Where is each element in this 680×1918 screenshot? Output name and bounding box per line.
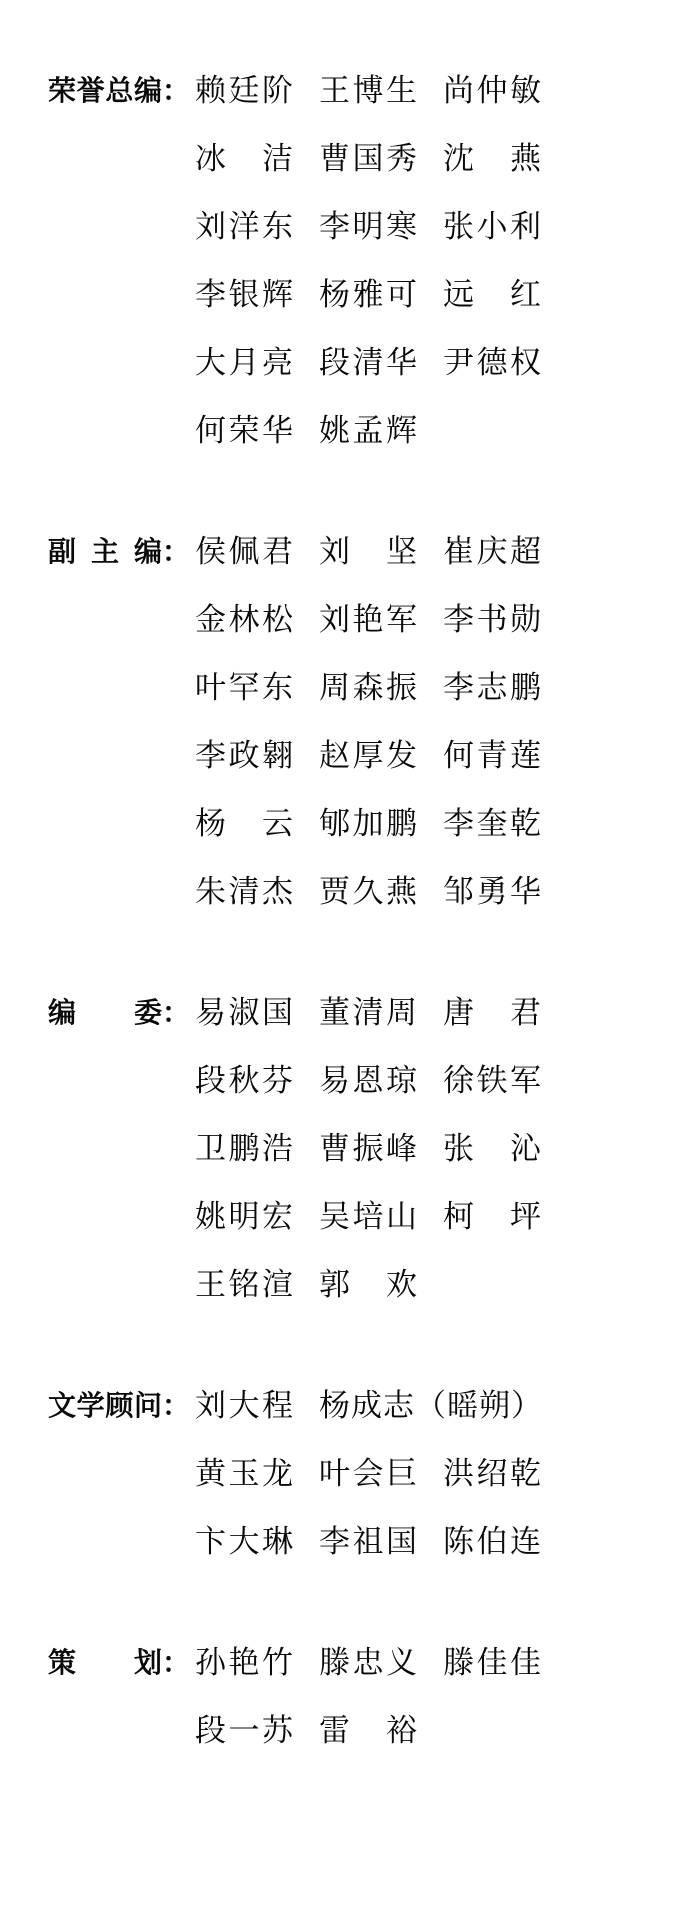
name-char: 李 (195, 278, 226, 313)
section-label-colon: ： (162, 1389, 190, 1423)
credits-section: 编委： 易淑国董清周唐君 段秋芬易恩琼徐铁军 卫鹏浩曹振峰张沁 姚明宏吴培山柯坪… (48, 996, 680, 1304)
name-char: 翱 (262, 739, 293, 774)
name-char: 阶 (262, 74, 293, 109)
name-char: 军 (510, 1064, 541, 1099)
section-label: 策划 (48, 1646, 162, 1680)
name-char: 编 (134, 535, 162, 569)
person-name: 金林松 (195, 603, 293, 638)
person-name: 王铭渲 (195, 1268, 293, 1303)
name-char: 云 (262, 807, 293, 842)
name-char: 王 (319, 74, 350, 109)
name-char: 敏 (510, 74, 541, 109)
person-name: 李奎乾 (443, 807, 541, 842)
name-char: 刘 (195, 1389, 226, 1424)
name-char: 君 (510, 996, 541, 1031)
name-char: 冰 (195, 142, 226, 177)
person-name: 曹振峰 (319, 1132, 417, 1167)
name-char: 杰 (262, 875, 293, 910)
person-name: 李政翱 (195, 739, 293, 774)
name-char: 主 (91, 535, 119, 569)
name-char: 峰 (386, 1132, 417, 1167)
name-char: 培 (353, 1200, 384, 1235)
name-char: 姚 (195, 1200, 226, 1235)
credits-section: 策划： 孙艳竹滕忠义滕佳佳 段一苏雷裕 (48, 1646, 680, 1750)
name-char: 森 (353, 671, 384, 706)
name-char: 何 (443, 739, 474, 774)
name-char: 侯 (195, 535, 226, 570)
name-char: 罕 (229, 671, 260, 706)
name-char: 鹏 (386, 807, 417, 842)
name-char: 刘 (195, 210, 226, 245)
name-char: 连 (510, 1525, 541, 1560)
name-char: 委 (134, 996, 162, 1030)
name-char: 山 (386, 1200, 417, 1235)
name-char: 易 (195, 996, 226, 1031)
person-name: 董清周 (319, 996, 417, 1031)
name-char: 誉 (77, 74, 105, 108)
person-name: 何青莲 (443, 739, 541, 774)
name-char: 廷 (229, 74, 260, 109)
credits-page: 荣誉总编： 赖廷阶王博生尚仲敏 冰洁曹国秀沈燕 刘洋东李明寒张小利 李银辉杨雅可… (0, 0, 680, 1918)
name-char: 一 (229, 1714, 260, 1749)
person-name: 赵厚发 (319, 739, 417, 774)
name-char: 月 (229, 346, 260, 381)
name-row: 冰洁曹国秀沈燕 (48, 142, 680, 178)
name-char: 荣 (48, 74, 76, 108)
name-char: 国 (353, 142, 384, 177)
name-char: 李 (443, 807, 474, 842)
person-name: 曹国秀 (319, 142, 417, 177)
name-row: 朱清杰贾久燕邹勇华 (48, 875, 680, 911)
name-char: 文 (48, 1389, 76, 1423)
name-char: 雷 (319, 1714, 350, 1749)
name-char: 易 (319, 1064, 350, 1099)
name-char: 林 (229, 603, 260, 638)
name-char: 志 (477, 671, 508, 706)
name-char: 秀 (386, 142, 417, 177)
name-char: 芬 (262, 1064, 293, 1099)
name-char: 大 (229, 1525, 260, 1560)
person-name: 李明寒 (319, 210, 417, 245)
name-char: 张 (443, 210, 474, 245)
person-name: 李银辉 (195, 278, 293, 313)
name-char: 忠 (353, 1646, 384, 1681)
person-name: 吴培山 (319, 1200, 417, 1235)
name-char: 佳 (477, 1646, 508, 1681)
name-char: 曹 (319, 1132, 350, 1167)
name-char: 李 (443, 671, 474, 706)
person-name: 尹德权 (443, 346, 541, 381)
name-char: 佩 (229, 535, 260, 570)
name-char: 乾 (510, 1457, 541, 1492)
name-char: 洪 (443, 1457, 474, 1492)
name-char: 浩 (262, 1132, 293, 1167)
name-char: 叶 (195, 671, 226, 706)
section-label-slot: 编委： (48, 996, 195, 1030)
name-char: 华 (510, 875, 541, 910)
person-name: 洪绍乾 (443, 1457, 541, 1492)
name-char: 程 (262, 1389, 293, 1424)
name-row: 段秋芬易恩琼徐铁军 (48, 1064, 680, 1100)
name-char: 庆 (477, 535, 508, 570)
person-name: 周森振 (319, 671, 417, 706)
name-char: 可 (386, 278, 417, 313)
person-name: 易恩琼 (319, 1064, 417, 1099)
person-name: 郇加鹏 (319, 807, 417, 842)
person-name: 易淑国 (195, 996, 293, 1031)
person-name: 贾久燕 (319, 875, 417, 910)
name-row: 王铭渲郭欢 (48, 1268, 680, 1304)
name-char: 柯 (443, 1200, 474, 1235)
name-row: 叶罕东周森振李志鹏 (48, 671, 680, 707)
person-name: 李书勋 (443, 603, 541, 638)
name-char: 孙 (195, 1646, 226, 1681)
name-char: 何 (195, 414, 226, 449)
name-char: 洋 (229, 210, 260, 245)
section-label-slot: 策划： (48, 1646, 195, 1680)
name-char: 大 (229, 1389, 260, 1424)
name-char: 振 (386, 671, 417, 706)
name-char: 清 (353, 346, 384, 381)
name-char: 渲 (262, 1268, 293, 1303)
name-char: 辉 (262, 278, 293, 313)
name-char: 卞 (195, 1525, 226, 1560)
person-name: 张小利 (443, 210, 541, 245)
name-char: 辉 (386, 414, 417, 449)
person-name: 姚明宏 (195, 1200, 293, 1235)
name-char: 琳 (262, 1525, 293, 1560)
person-name: 远红 (443, 278, 541, 313)
name-row: 编委： 易淑国董清周唐君 (48, 996, 680, 1032)
name-char: 李 (319, 1525, 350, 1560)
name-row: 大月亮段清华尹德权 (48, 346, 680, 382)
name-char: 华 (262, 414, 293, 449)
section-label-slot: 荣誉总编： (48, 74, 195, 108)
name-char: 沈 (443, 142, 474, 177)
person-name: 李志鹏 (443, 671, 541, 706)
name-char: 博 (353, 74, 384, 109)
name-char: 划 (134, 1646, 162, 1680)
name-char: 书 (477, 603, 508, 638)
name-char: 伯 (477, 1525, 508, 1560)
name-char: 燕 (386, 875, 417, 910)
name-char: 竹 (262, 1646, 293, 1681)
name-char: 祖 (353, 1525, 384, 1560)
person-name: 刘洋东 (195, 210, 293, 245)
name-char: 尹 (443, 346, 474, 381)
name-char: 董 (319, 996, 350, 1031)
name-char: 加 (353, 807, 384, 842)
name-char: 会 (353, 1457, 384, 1492)
name-char: 卫 (195, 1132, 226, 1167)
name-char: 金 (195, 603, 226, 638)
person-name: 徐铁军 (443, 1064, 541, 1099)
person-name: 陈伯连 (443, 1525, 541, 1560)
name-char: 东 (262, 671, 293, 706)
name-char: 赖 (195, 74, 226, 109)
name-char: 铭 (229, 1268, 260, 1303)
name-char: 赵 (319, 739, 350, 774)
person-name: 朱清杰 (195, 875, 293, 910)
name-char: 鹏 (229, 1132, 260, 1167)
name-char: 艳 (229, 1646, 260, 1681)
name-char: 叶 (319, 1457, 350, 1492)
name-char: 鹏 (510, 671, 541, 706)
name-char: 郇 (319, 807, 350, 842)
person-name: 冰洁 (195, 142, 293, 177)
name-char: 红 (510, 278, 541, 313)
name-char: 刘 (319, 603, 350, 638)
name-char: 明 (353, 210, 384, 245)
name-row: 金林松刘艳军李书勋 (48, 603, 680, 639)
name-char: 周 (319, 671, 350, 706)
name-row: 刘洋东李明寒张小利 (48, 210, 680, 246)
name-char: 唐 (443, 996, 474, 1031)
name-char: 发 (386, 739, 417, 774)
name-char: 政 (229, 739, 260, 774)
name-char: 东 (262, 210, 293, 245)
person-name: 杨雅可 (319, 278, 417, 313)
person-name: 沈燕 (443, 142, 541, 177)
person-name: 段一苏 (195, 1714, 293, 1749)
name-row: 黄玉龙叶会巨洪绍乾 (48, 1457, 680, 1493)
name-char: 孟 (353, 414, 384, 449)
person-name: 崔庆超 (443, 535, 541, 570)
section-label: 荣誉总编 (48, 74, 162, 108)
section-label-slot: 副主编： (48, 535, 195, 569)
name-char: 银 (229, 278, 260, 313)
section-label: 副主编 (48, 535, 162, 569)
name-char: 厚 (353, 739, 384, 774)
name-char: 华 (386, 346, 417, 381)
name-char: 苏 (262, 1714, 293, 1749)
name-char: 亮 (262, 346, 293, 381)
name-char: 明 (229, 1200, 260, 1235)
name-char: 振 (353, 1132, 384, 1167)
name-char: 王 (195, 1268, 226, 1303)
name-char: 清 (229, 875, 260, 910)
name-char: 荣 (229, 414, 260, 449)
person-name: 卫鹏浩 (195, 1132, 293, 1167)
name-char: 坪 (510, 1200, 541, 1235)
name-char: 淑 (229, 996, 260, 1031)
name-char: 乾 (510, 807, 541, 842)
name-char: 段 (319, 346, 350, 381)
name-char: 雅 (353, 278, 384, 313)
person-name: 雷裕 (319, 1714, 417, 1749)
person-name: 杨成志（暚朔） (319, 1389, 543, 1424)
name-char: 权 (510, 346, 541, 381)
name-char: 仲 (477, 74, 508, 109)
name-char: 洁 (262, 142, 293, 177)
name-row: 卫鹏浩曹振峰张沁 (48, 1132, 680, 1168)
person-name: 杨云 (195, 807, 293, 842)
name-char: 勋 (510, 603, 541, 638)
name-char: 绍 (477, 1457, 508, 1492)
name-char: 杨 (319, 278, 350, 313)
person-name: 姚孟辉 (319, 414, 417, 449)
name-char: 勇 (477, 875, 508, 910)
person-name: 侯佩君 (195, 535, 293, 570)
name-char: 小 (477, 210, 508, 245)
name-char: 君 (262, 535, 293, 570)
person-name: 叶会巨 (319, 1457, 417, 1492)
person-name: 郭欢 (319, 1268, 417, 1303)
person-name: 叶罕东 (195, 671, 293, 706)
name-char: 李 (443, 603, 474, 638)
name-char: 国 (262, 996, 293, 1031)
person-name: 段清华 (319, 346, 417, 381)
name-char: 李 (319, 210, 350, 245)
name-char: 杨 (195, 807, 226, 842)
person-name: 刘坚 (319, 535, 417, 570)
credits-section: 文学顾问： 刘大程杨成志（暚朔） 黄玉龙叶会巨洪绍乾 卞大琳李祖国陈伯连 (48, 1389, 680, 1561)
name-char: 曹 (319, 142, 350, 177)
person-name: 刘大程 (195, 1389, 293, 1424)
person-name: 刘艳军 (319, 603, 417, 638)
name-row: 策划： 孙艳竹滕忠义滕佳佳 (48, 1646, 680, 1682)
name-char: 奎 (477, 807, 508, 842)
person-name: 黄玉龙 (195, 1457, 293, 1492)
name-row: 何荣华姚孟辉 (48, 414, 680, 450)
name-char: 编 (134, 74, 162, 108)
section-label: 文学顾问 (48, 1389, 162, 1423)
name-char: 燕 (510, 142, 541, 177)
section-label-colon: ： (162, 74, 190, 108)
name-char: 寒 (386, 210, 417, 245)
name-char: 裕 (386, 1714, 417, 1749)
name-char: 义 (386, 1646, 417, 1681)
name-char: 欢 (386, 1268, 417, 1303)
name-char: 周 (386, 996, 417, 1031)
name-row: 李银辉杨雅可远红 (48, 278, 680, 314)
name-char: 尚 (443, 74, 474, 109)
name-char: 朱 (195, 875, 226, 910)
name-char: 吴 (319, 1200, 350, 1235)
name-char: 段 (195, 1064, 226, 1099)
person-name: 李祖国 (319, 1525, 417, 1560)
name-char: 铁 (477, 1064, 508, 1099)
credits-sections: 荣誉总编： 赖廷阶王博生尚仲敏 冰洁曹国秀沈燕 刘洋东李明寒张小利 李银辉杨雅可… (48, 74, 680, 1750)
name-char: 远 (443, 278, 474, 313)
name-char: 莲 (510, 739, 541, 774)
section-label-colon: ： (162, 996, 190, 1030)
person-name: 滕忠义 (319, 1646, 417, 1681)
name-row: 段一苏雷裕 (48, 1714, 680, 1750)
name-char: 总 (105, 74, 133, 108)
name-row: 杨云郇加鹏李奎乾 (48, 807, 680, 843)
name-char: 恩 (353, 1064, 384, 1099)
name-char: 青 (477, 739, 508, 774)
name-char: 大 (195, 346, 226, 381)
name-char: 宏 (262, 1200, 293, 1235)
person-name: 孙艳竹 (195, 1646, 293, 1681)
section-label-slot: 文学顾问： (48, 1389, 195, 1423)
person-name: 滕佳佳 (443, 1646, 541, 1681)
person-name: 王博生 (319, 74, 417, 109)
name-char: 利 (510, 210, 541, 245)
name-char: 段 (195, 1714, 226, 1749)
name-char: 坚 (386, 535, 417, 570)
section-label-colon: ： (162, 1646, 190, 1680)
name-char: 李 (195, 739, 226, 774)
name-char: 龙 (262, 1457, 293, 1492)
section-label-colon: ： (162, 535, 190, 569)
name-char: 秋 (229, 1064, 260, 1099)
name-char: 沁 (510, 1132, 541, 1167)
name-row: 文学顾问： 刘大程杨成志（暚朔） (48, 1389, 680, 1425)
person-name: 尚仲敏 (443, 74, 541, 109)
person-name: 赖廷阶 (195, 74, 293, 109)
name-char: 琼 (386, 1064, 417, 1099)
name-char: 佳 (510, 1646, 541, 1681)
name-char: 国 (386, 1525, 417, 1560)
name-char: 刘 (319, 535, 350, 570)
person-name: 唐君 (443, 996, 541, 1031)
name-char: 策 (48, 1646, 76, 1680)
credits-section: 副主编： 侯佩君刘坚崔庆超 金林松刘艳军李书勋 叶罕东周森振李志鹏 李政翱赵厚发… (48, 535, 680, 911)
name-char: 生 (386, 74, 417, 109)
name-char: 松 (262, 603, 293, 638)
name-char: 清 (353, 996, 384, 1031)
name-char: 黄 (195, 1457, 226, 1492)
name-char: 问 (134, 1389, 162, 1423)
name-char: 顾 (105, 1389, 133, 1423)
name-row: 卞大琳李祖国陈伯连 (48, 1525, 680, 1561)
name-char: 编 (48, 996, 76, 1030)
credits-section: 荣誉总编： 赖廷阶王博生尚仲敏 冰洁曹国秀沈燕 刘洋东李明寒张小利 李银辉杨雅可… (48, 74, 680, 450)
name-char: 玉 (229, 1457, 260, 1492)
person-name: 何荣华 (195, 414, 293, 449)
name-row: 荣誉总编： 赖廷阶王博生尚仲敏 (48, 74, 680, 110)
name-char: 巨 (386, 1457, 417, 1492)
name-char: 邹 (443, 875, 474, 910)
name-char: 姚 (319, 414, 350, 449)
name-char: 滕 (319, 1646, 350, 1681)
name-char: 贾 (319, 875, 350, 910)
person-name: 邹勇华 (443, 875, 541, 910)
name-char: 郭 (319, 1268, 350, 1303)
person-name: 大月亮 (195, 346, 293, 381)
name-row: 李政翱赵厚发何青莲 (48, 739, 680, 775)
person-name: 柯坪 (443, 1200, 541, 1235)
name-char: 德 (477, 346, 508, 381)
name-char: 超 (510, 535, 541, 570)
name-row: 姚明宏吴培山柯坪 (48, 1200, 680, 1236)
name-char: 艳 (353, 603, 384, 638)
name-char: 学 (77, 1389, 105, 1423)
name-row: 副主编： 侯佩君刘坚崔庆超 (48, 535, 680, 571)
name-char: 久 (353, 875, 384, 910)
name-char: 徐 (443, 1064, 474, 1099)
name-char: 副 (48, 535, 76, 569)
name-char: 崔 (443, 535, 474, 570)
person-name: 段秋芬 (195, 1064, 293, 1099)
person-name: 卞大琳 (195, 1525, 293, 1560)
person-name: 张沁 (443, 1132, 541, 1167)
name-char: 张 (443, 1132, 474, 1167)
name-char: 军 (386, 603, 417, 638)
name-char: 滕 (443, 1646, 474, 1681)
section-label: 编委 (48, 996, 162, 1030)
name-char: 陈 (443, 1525, 474, 1560)
